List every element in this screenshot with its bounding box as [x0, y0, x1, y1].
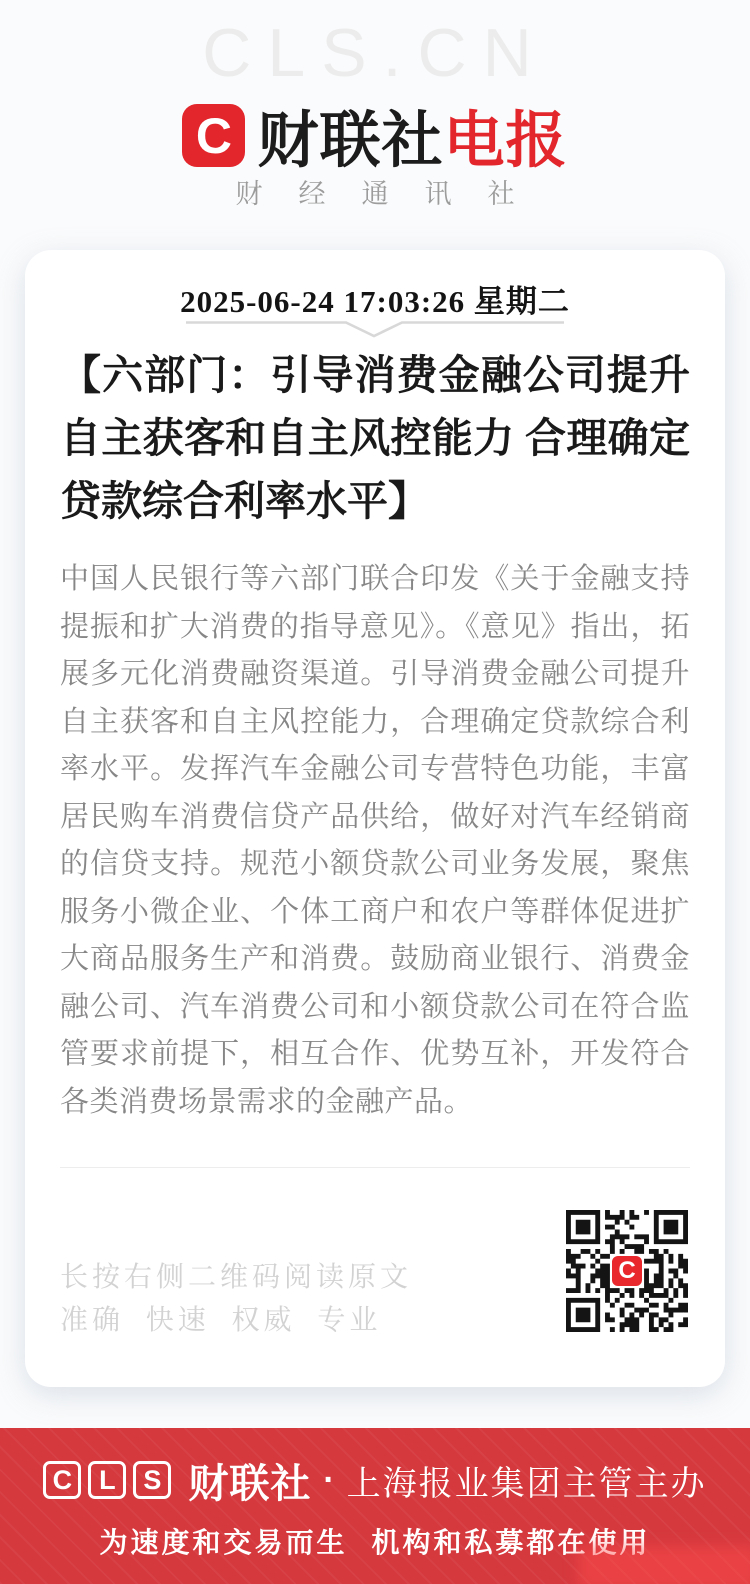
cls-c-logo-icon: C — [182, 104, 245, 167]
news-card: 2025-06-24 17:03:26 星期二 【六部门：引导消费金融公司提升自… — [25, 250, 725, 1387]
bottom-banner: C L S 财联社 · 上海报业集团主管主办 为速度和交易而生 机构和私募都在使… — [0, 1428, 750, 1584]
app-logo: C 财联社 电报 — [0, 92, 750, 179]
date-divider-notch — [186, 320, 564, 340]
logo-telegraph-text: 电报 — [444, 92, 568, 179]
footer-tips: 长按右侧二维码阅读原文 准确 快速 权威 专业 — [60, 1255, 412, 1341]
banner-corner-smudge — [578, 1546, 750, 1584]
banner-brand-name: 财联社 — [188, 1452, 311, 1509]
footer-divider — [60, 1167, 690, 1168]
news-body: 中国人民银行等六部门联合印发《关于金融支持提振和扩大消费的指导意见》。《意见》指… — [60, 556, 690, 1126]
qr-code[interactable]: C — [566, 1210, 688, 1332]
news-title: 【六部门：引导消费金融公司提升自主获客和自主风控能力 合理确定贷款综合利率水平】 — [60, 344, 690, 533]
banner-brand-row: C L S 财联社 · 上海报业集团主管主办 — [43, 1452, 706, 1509]
footer-tip-line2: 准确 快速 权威 专业 — [60, 1298, 412, 1341]
cls-letter-box-c: C — [43, 1461, 81, 1499]
cls-cn-watermark: CLS.CN — [0, 14, 750, 92]
cls-letter-box-s: S — [133, 1461, 171, 1499]
logo-name-text: 财联社 — [257, 92, 443, 179]
banner-organizer: 上海报业集团主管主办 — [347, 1456, 707, 1505]
banner-slogan: 为速度和交易而生 机构和私募都在使用 — [99, 1521, 650, 1561]
banner-separator-dot: · — [323, 1461, 334, 1500]
cls-letter-box-l: L — [88, 1461, 126, 1499]
news-datetime: 2025-06-24 17:03:26 星期二 — [25, 276, 725, 321]
agency-subtitle: 财经通讯社 — [0, 172, 750, 211]
qr-center-c-icon: C — [610, 1254, 644, 1288]
agency-subtitle-text: 财经通讯社 — [236, 179, 551, 209]
footer-tip-line1: 长按右侧二维码阅读原文 — [60, 1255, 412, 1298]
